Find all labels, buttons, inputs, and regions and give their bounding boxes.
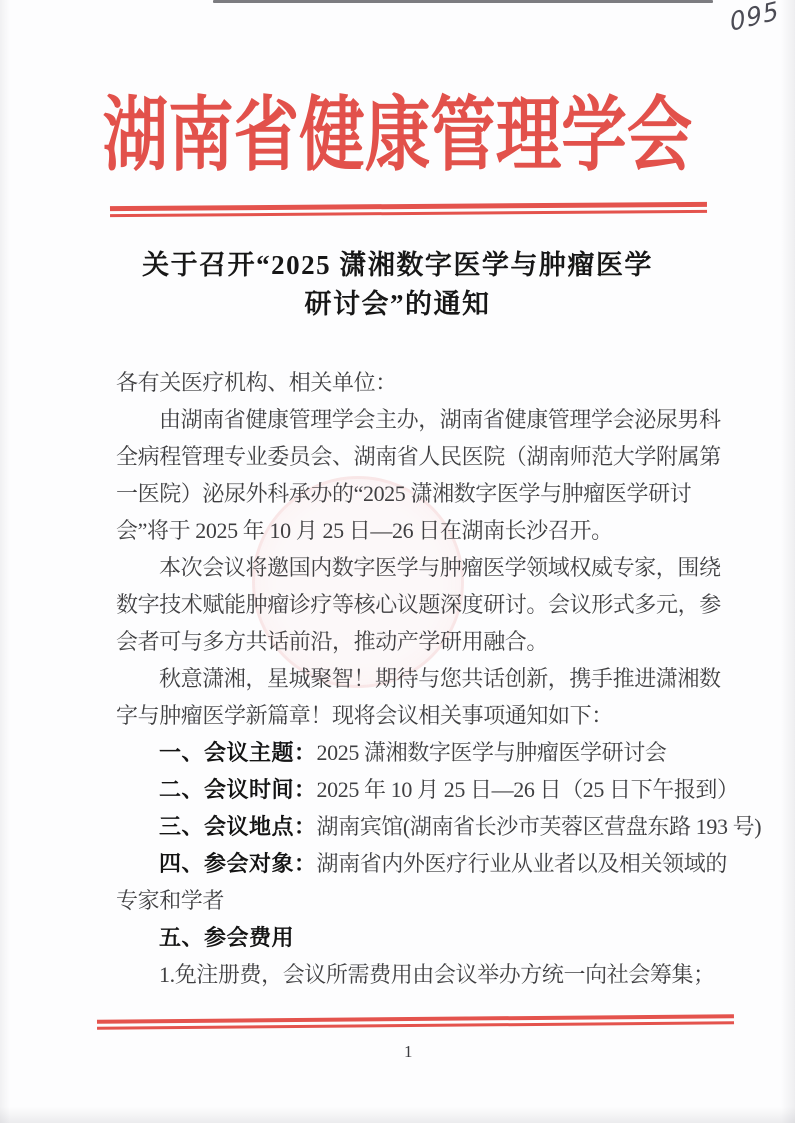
body-line: 一、会议主题：2025 潇湘数字医学与肿瘤医学研讨会 <box>116 734 756 771</box>
document-page: 095 湖南省健康管理学会 关于召开“2025 潇湘数字医学与肿瘤医学 研讨会”… <box>0 0 795 1123</box>
body-line: 五、参会费用 <box>116 919 756 956</box>
section-label: 四、参会对象： <box>159 851 317 876</box>
body-line: 专家和学者 <box>116 882 756 919</box>
body-line: 会”将于 2025 年 10 月 25 日—26 日在湖南长沙召开。 <box>116 512 756 549</box>
body-line: 二、会议时间：2025 年 10 月 25 日—26 日（25 日下午报到） <box>116 771 756 808</box>
section-label: 五、参会费用 <box>159 925 294 950</box>
section-label: 二、会议时间： <box>159 777 317 802</box>
notice-title-line2: 研讨会”的通知 <box>0 285 795 324</box>
notice-title-line1: 关于召开“2025 潇湘数字医学与肿瘤医学 <box>0 246 795 285</box>
notice-body: 各有关医疗机构、相关单位：由湖南省健康管理学会主办，湖南省健康管理学会泌尿男科全… <box>116 364 756 993</box>
notice-title: 关于召开“2025 潇湘数字医学与肿瘤医学 研讨会”的通知 <box>0 246 795 324</box>
org-letterhead-title: 湖南省健康管理学会 <box>64 82 732 190</box>
body-line: 秋意潇湘，星城聚智！期待与您共话创新，携手推进潇湘数 <box>116 660 756 697</box>
body-line: 四、参会对象：湖南省内外医疗行业从业者以及相关领域的 <box>116 845 756 882</box>
body-line: 三、会议地点：湖南宾馆(湖南省长沙市芙蓉区营盘东路 193 号) <box>116 808 756 845</box>
body-line: 数字技术赋能肿瘤诊疗等核心议题深度研讨。会议形式多元，参 <box>116 586 756 623</box>
section-label: 三、会议地点： <box>159 814 317 839</box>
section-label: 一、会议主题： <box>159 740 317 765</box>
body-line: 由湖南省健康管理学会主办，湖南省健康管理学会泌尿男科 <box>116 401 756 438</box>
body-line: 一医院）泌尿外科承办的“2025 潇湘数字医学与肿瘤医学研讨 <box>116 475 756 512</box>
body-line: 会者可与多方共话前沿，推动产学研用融合。 <box>116 623 756 660</box>
body-line: 各有关医疗机构、相关单位： <box>116 364 756 401</box>
page-number: 1 <box>404 1042 413 1062</box>
handwritten-number: 095 <box>728 0 781 37</box>
scan-artifact-line <box>213 0 713 3</box>
body-line: 1.免注册费，会议所需费用由会议举办方统一向社会筹集； <box>116 956 756 993</box>
body-line: 本次会议将邀国内数字医学与肿瘤医学领域权威专家，围绕 <box>116 549 756 586</box>
letterhead-double-rule <box>110 202 707 217</box>
footer-double-rule <box>97 1014 734 1030</box>
body-line: 字与肿瘤医学新篇章！现将会议相关事项通知如下： <box>116 697 756 734</box>
body-line: 全病程管理专业委员会、湖南省人民医院（湖南师范大学附属第 <box>116 438 756 475</box>
